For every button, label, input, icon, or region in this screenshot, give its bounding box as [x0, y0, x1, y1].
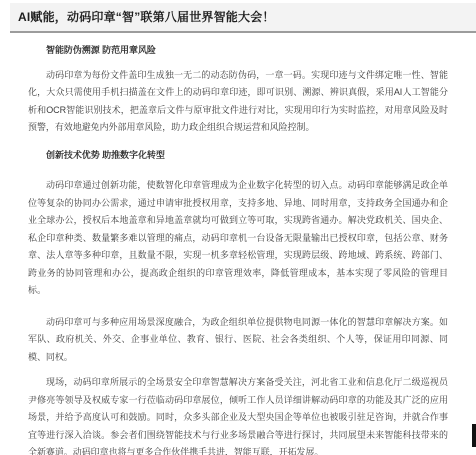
page-title: AI赋能，动码印章“智”联第八届世界智能大会！ — [18, 8, 468, 25]
article-header: AI赋能，动码印章“智”联第八届世界智能大会！ — [10, 3, 476, 33]
section-heading-anti-counterfeit: 智能防伪溯源 防范用章风险 — [28, 42, 448, 60]
scrollbar-thumb[interactable] — [472, 424, 476, 447]
paragraph-innovation: 动码印章通过创新功能，使数智化印章管理成为企业数字化转型的切入点。动码印章能够满… — [28, 177, 448, 300]
paragraph-anti-counterfeit: 动码印章为每份文件盖印生成独一无二的动态防伪码，一章一码。实现印迹与文件绑定唯一… — [28, 67, 448, 137]
paragraph-event-scene: 现场，动码印章所展示的全场景安全印章智慧解决方案备受关注，河北省工业和信息化厅二… — [28, 374, 448, 455]
article-page: AI赋能，动码印章“智”联第八届世界智能大会！ 智能防伪溯源 防范用章风险 动码… — [0, 0, 476, 455]
section-heading-innovation: 创新技术优势 助推数字化转型 — [28, 147, 448, 165]
paragraph-application-scenarios: 动码印章可与多种应用场景深度融合，为政企组织单位提供物电同源一体化的智慧印章解决… — [28, 314, 448, 367]
article-body: 智能防伪溯源 防范用章风险 动码印章为每份文件盖印生成独一无二的动态防伪码，一章… — [0, 42, 476, 455]
